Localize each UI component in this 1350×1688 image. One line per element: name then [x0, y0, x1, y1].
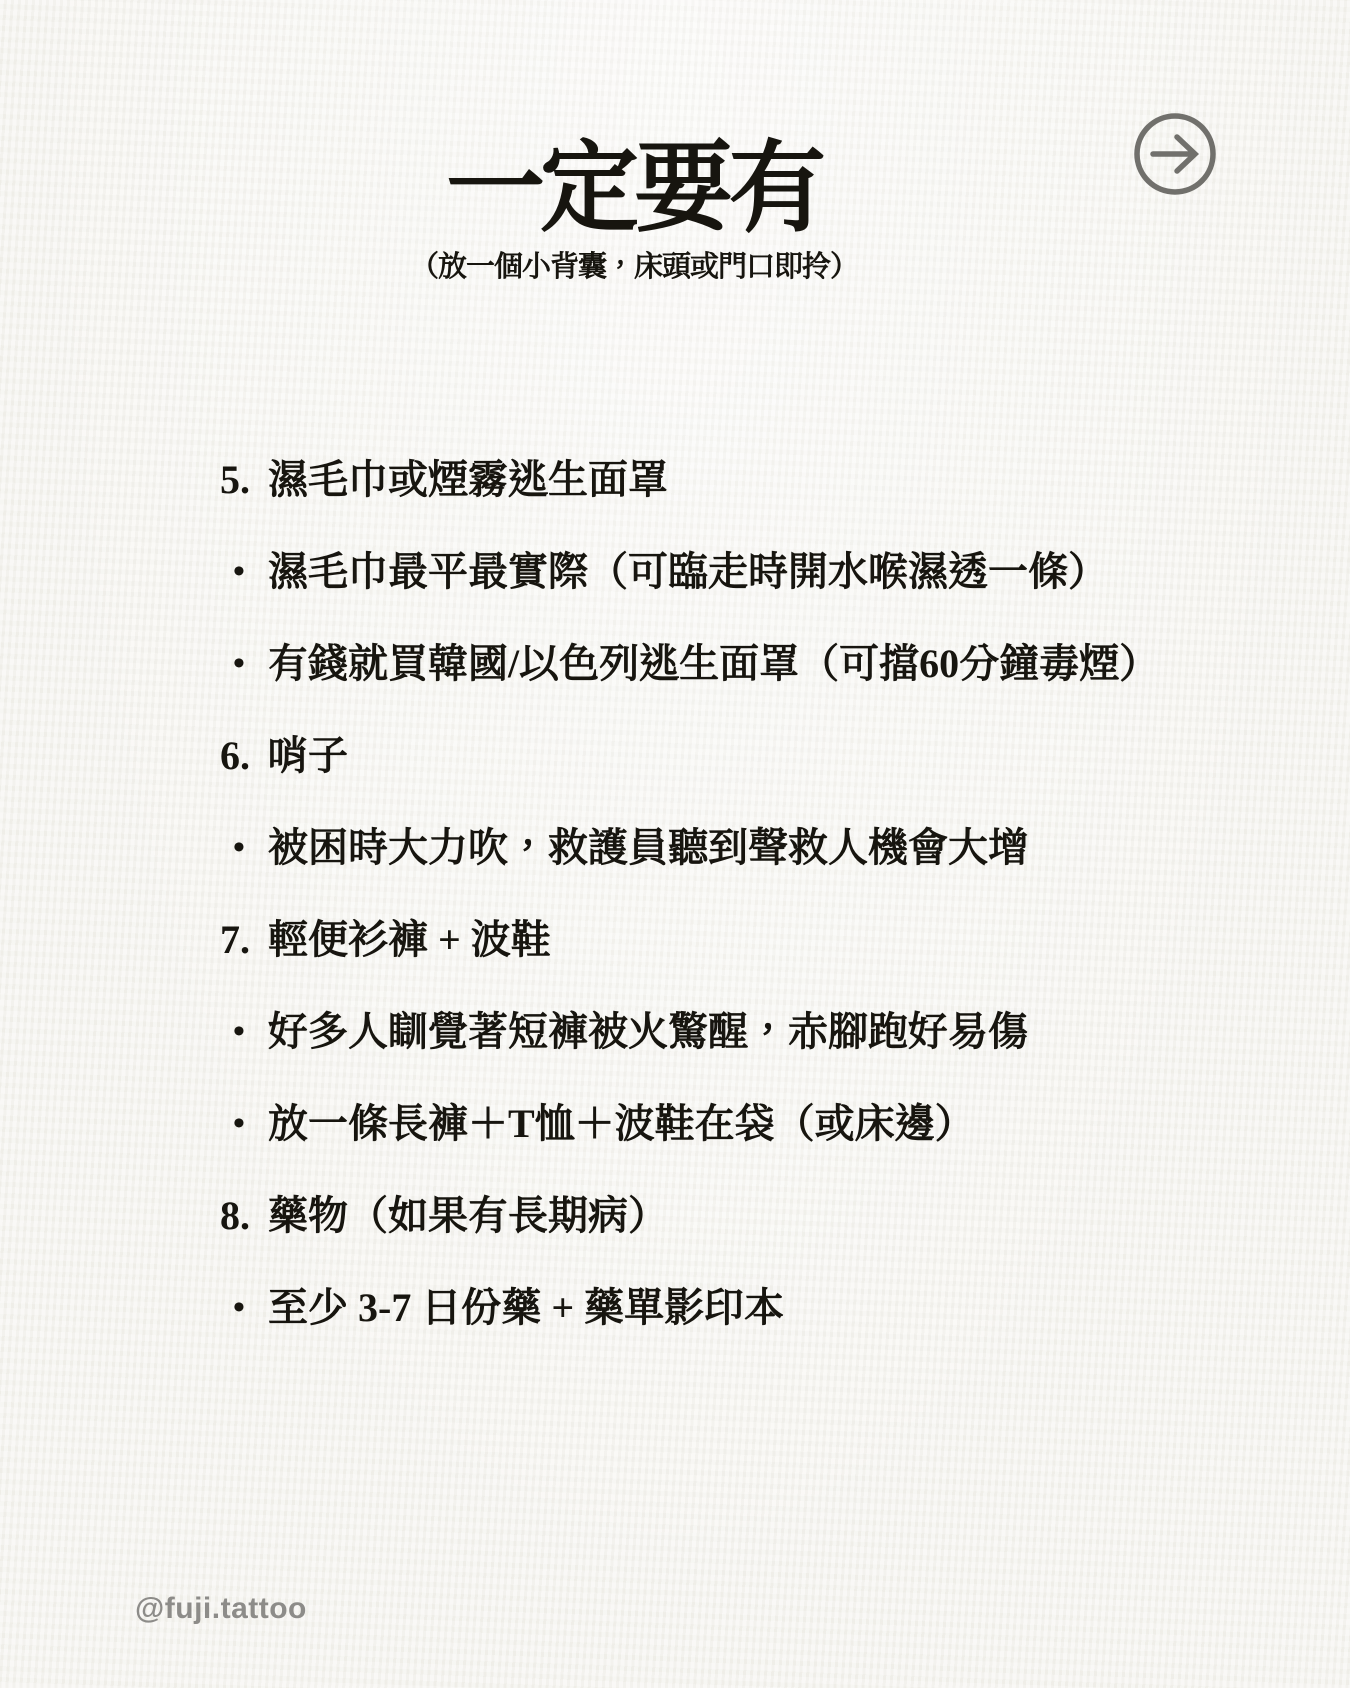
list-item: • 好多人瞓覺著短褲被火驚醒，赤腳跑好易傷: [0, 1007, 1350, 1057]
list-item: • 至少 3-7 日份藥 + 藥單影印本: [0, 1283, 1350, 1333]
checklist: 5. 濕毛巾或煙霧逃生面罩 • 濕毛巾最平最實際（可臨走時開水喉濕透一條） • …: [0, 455, 1350, 1375]
list-item: • 有錢就買韓國/以色列逃生面罩（可擋60分鐘毒煙）: [0, 639, 1350, 689]
list-item: 6. 哨子: [0, 731, 1350, 781]
list-item: 5. 濕毛巾或煙霧逃生面罩: [0, 455, 1350, 505]
list-item-text: 被困時大力吹，救護員聽到聲救人機會大增: [268, 823, 1350, 873]
list-item-text: 輕便衫褲 + 波鞋: [268, 915, 1350, 965]
bullet-marker: •: [220, 1283, 268, 1333]
list-item-text: 好多人瞓覺著短褲被火驚醒，赤腳跑好易傷: [268, 1007, 1350, 1057]
page-title: 一定要有: [0, 134, 1268, 242]
list-item: 7. 輕便衫褲 + 波鞋: [0, 915, 1350, 965]
number-marker: 6.: [220, 731, 268, 781]
list-item: • 被困時大力吹，救護員聽到聲救人機會大增: [0, 823, 1350, 873]
header: 一定要有 （放一個小背囊，床頭或門口即拎）: [0, 134, 1268, 284]
list-item-text: 至少 3-7 日份藥 + 藥單影印本: [268, 1283, 1350, 1333]
bullet-marker: •: [220, 1007, 268, 1057]
bullet-marker: •: [220, 823, 268, 873]
number-marker: 5.: [220, 455, 268, 505]
list-item: 8. 藥物（如果有長期病）: [0, 1191, 1350, 1241]
arrow-right-circle-icon: [1132, 111, 1218, 197]
list-item-text: 放一條長褲＋T恤＋波鞋在袋（或床邊）: [268, 1099, 1350, 1149]
bullet-marker: •: [220, 547, 268, 597]
list-item-text: 濕毛巾或煙霧逃生面罩: [268, 455, 1350, 505]
list-item-text: 哨子: [268, 731, 1350, 781]
bullet-marker: •: [220, 1099, 268, 1149]
number-marker: 8.: [220, 1191, 268, 1241]
list-item: • 濕毛巾最平最實際（可臨走時開水喉濕透一條）: [0, 547, 1350, 597]
footer: @fuji.tattoo: [135, 1592, 307, 1626]
list-item-text: 藥物（如果有長期病）: [268, 1191, 1350, 1241]
bullet-marker: •: [220, 639, 268, 689]
number-marker: 7.: [220, 915, 268, 965]
list-item-text: 有錢就買韓國/以色列逃生面罩（可擋60分鐘毒煙）: [268, 639, 1350, 689]
next-page-button[interactable]: [1132, 111, 1218, 197]
list-item-text: 濕毛巾最平最實際（可臨走時開水喉濕透一條）: [268, 547, 1350, 597]
page-subtitle: （放一個小背囊，床頭或門口即拎）: [0, 250, 1268, 284]
watermark: @fuji.tattoo: [135, 1592, 307, 1625]
list-item: • 放一條長褲＋T恤＋波鞋在袋（或床邊）: [0, 1099, 1350, 1149]
